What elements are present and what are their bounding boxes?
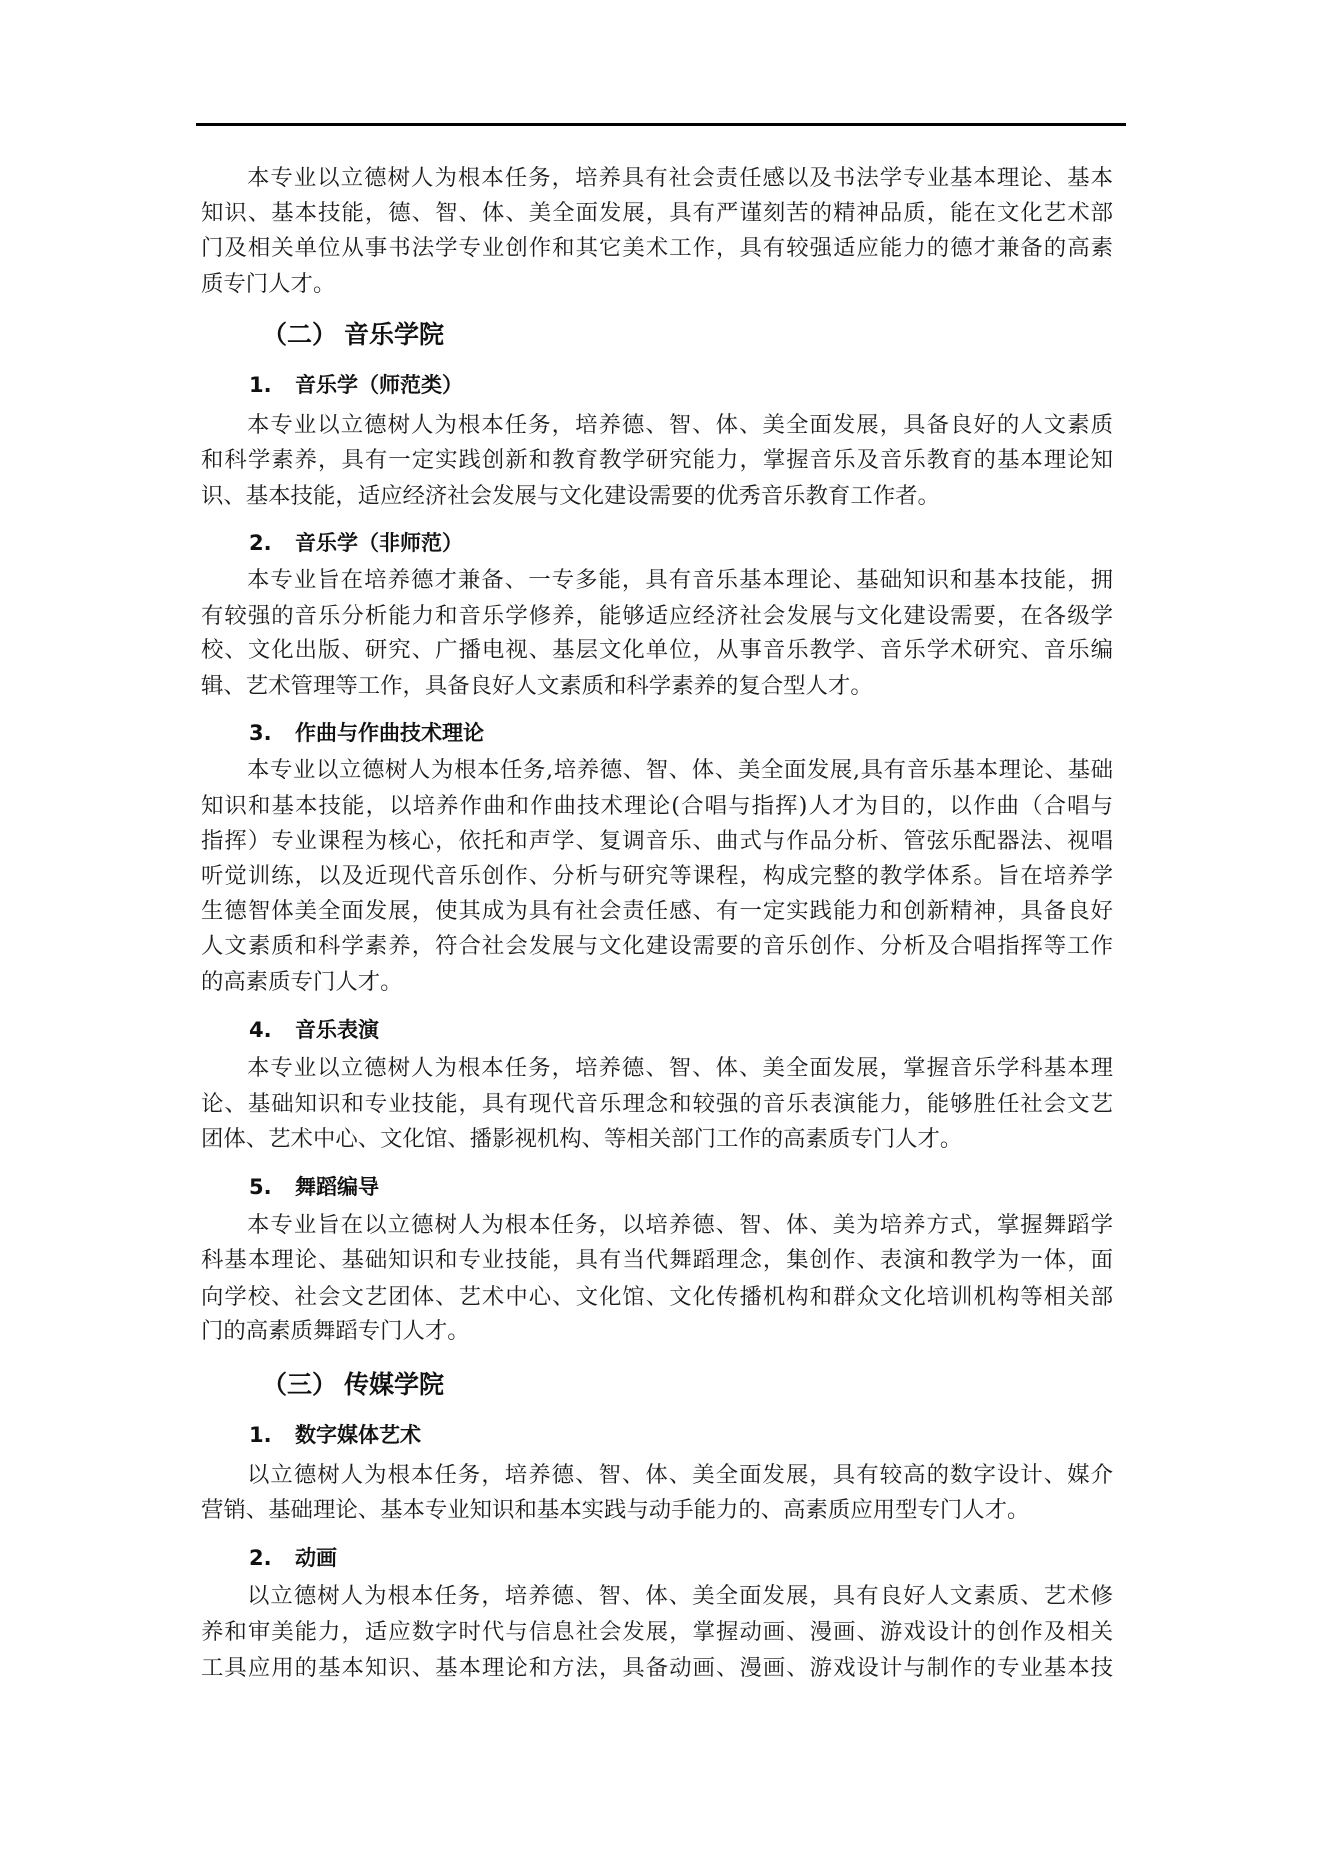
subheading-number: 4. [249,1013,272,1047]
subheading-title: 舞蹈编导 [295,1170,379,1204]
text-line: 听觉训练，以及近现代音乐创作、分析与研究等课程，构成完整的教学体系。旨在培养学 [201,858,1113,894]
subheading-number: 3. [249,716,272,750]
text-line: 本专业以立德树人为根本任务，培养德、智、体、美全面发展，掌握音乐学科基本理 [247,1050,1113,1086]
subheading-number: 5. [249,1170,272,1204]
subheading-title: 音乐学（非师范） [295,526,463,560]
text-line: 本专业旨在培养德才兼备、一专多能，具有音乐基本理论、基础知识和基本技能，拥 [247,562,1113,598]
subheading-title: 音乐表演 [295,1013,379,1047]
text-line: 以立德树人为根本任务，培养德、智、体、美全面发展，具有良好人文素质、艺术修 [247,1578,1113,1614]
section-number: （三） [262,1365,337,1405]
text-line: 本专业以立德树人为根本任务，培养具有社会责任感以及书法学专业基本理论、基本 [247,160,1113,196]
text-line: 论、基础知识和专业技能，具有现代音乐理念和较强的音乐表演能力，能够胜任社会文艺 [201,1086,1113,1122]
text-line: 本专业旨在以立德树人为根本任务，以培养德、智、体、美为培养方式，掌握舞蹈学 [247,1207,1113,1243]
section-number: （二） [262,315,337,355]
header-rule [196,123,1126,126]
text-line: 本专业以立德树人为根本任务,培养德、智、体、美全面发展,具有音乐基本理论、基础 [247,752,1113,788]
subheading-number: 1. [249,1418,272,1452]
text-line: 团体、艺术中心、文化馆、播影视机构、等相关部门工作的高素质专门人才。 [201,1121,1113,1157]
text-line: 门及相关单位从事书法学专业创作和其它美术工作，具有较强适应能力的德才兼备的高素 [201,230,1113,266]
text-line: 生德智体美全面发展，使其成为具有社会责任感、有一定实践能力和创新精神，具备良好 [201,893,1113,929]
text-line: 养和审美能力，适应数字时代与信息社会发展，掌握动画、漫画、游戏设计的创作及相关 [201,1614,1113,1650]
text-line: 的高素质专门人才。 [201,964,1113,1000]
text-line: 有较强的音乐分析能力和音乐学修养，能够适应经济社会发展与文化建设需要，在各级学 [201,598,1113,634]
text-line: 识、基本技能，适应经济社会发展与文化建设需要的优秀音乐教育工作者。 [201,478,1113,514]
text-line: 以立德树人为根本任务，培养德、智、体、美全面发展，具有较高的数字设计、媒介 [247,1457,1113,1493]
text-line: 和科学素养，具有一定实践创新和教育教学研究能力，掌握音乐及音乐教育的基本理论知 [201,442,1113,478]
subheading-title: 数字媒体艺术 [295,1418,421,1452]
text-line: 营销、基础理论、基本专业知识和基本实践与动手能力的、高素质应用型专门人才。 [201,1492,1113,1528]
text-line: 质专门人才。 [201,266,1113,302]
text-line: 门的高素质舞蹈专门人才。 [201,1313,1113,1349]
text-line: 知识和基本技能，以培养作曲和作曲技术理论(合唱与指挥)人才为目的，以作曲（合唱与 [201,788,1113,824]
text-line: 科基本理论、基础知识和专业技能，具有当代舞蹈理念，集创作、表演和教学为一体，面 [201,1242,1113,1278]
subheading-title: 音乐学（师范类） [295,368,463,402]
text-line: 本专业以立德树人为根本任务，培养德、智、体、美全面发展，具备良好的人文素质 [247,407,1113,443]
text-line: 工具应用的基本知识、基本理论和方法，具备动画、漫画、游戏设计与制作的专业基本技 [201,1650,1113,1686]
text-line: 辑、艺术管理等工作，具备良好人文素质和科学素养的复合型人才。 [201,668,1113,704]
subheading-number: 2. [249,526,272,560]
text-line: 知识、基本技能，德、智、体、美全面发展，具有严谨刻苦的精神品质，能在文化艺术部 [201,195,1113,231]
text-line: 指挥）专业课程为核心，依托和声学、复调音乐、曲式与作品分析、管弦乐配器法、视唱 [201,823,1113,859]
text-line: 校、文化出版、研究、广播电视、基层文化单位，从事音乐教学、音乐学术研究、音乐编 [201,632,1113,668]
subheading-title: 作曲与作曲技术理论 [295,716,484,750]
section-title: 音乐学院 [344,315,444,355]
section-title: 传媒学院 [344,1365,444,1405]
subheading-number: 1. [249,368,272,402]
subheading-number: 2. [249,1541,272,1575]
text-line: 向学校、社会文艺团体、艺术中心、文化馆、文化传播机构和群众文化培训机构等相关部 [201,1279,1113,1315]
text-line: 人文素质和科学素养，符合社会发展与文化建设需要的音乐创作、分析及合唱指挥等工作 [201,928,1113,964]
subheading-title: 动画 [295,1541,337,1575]
